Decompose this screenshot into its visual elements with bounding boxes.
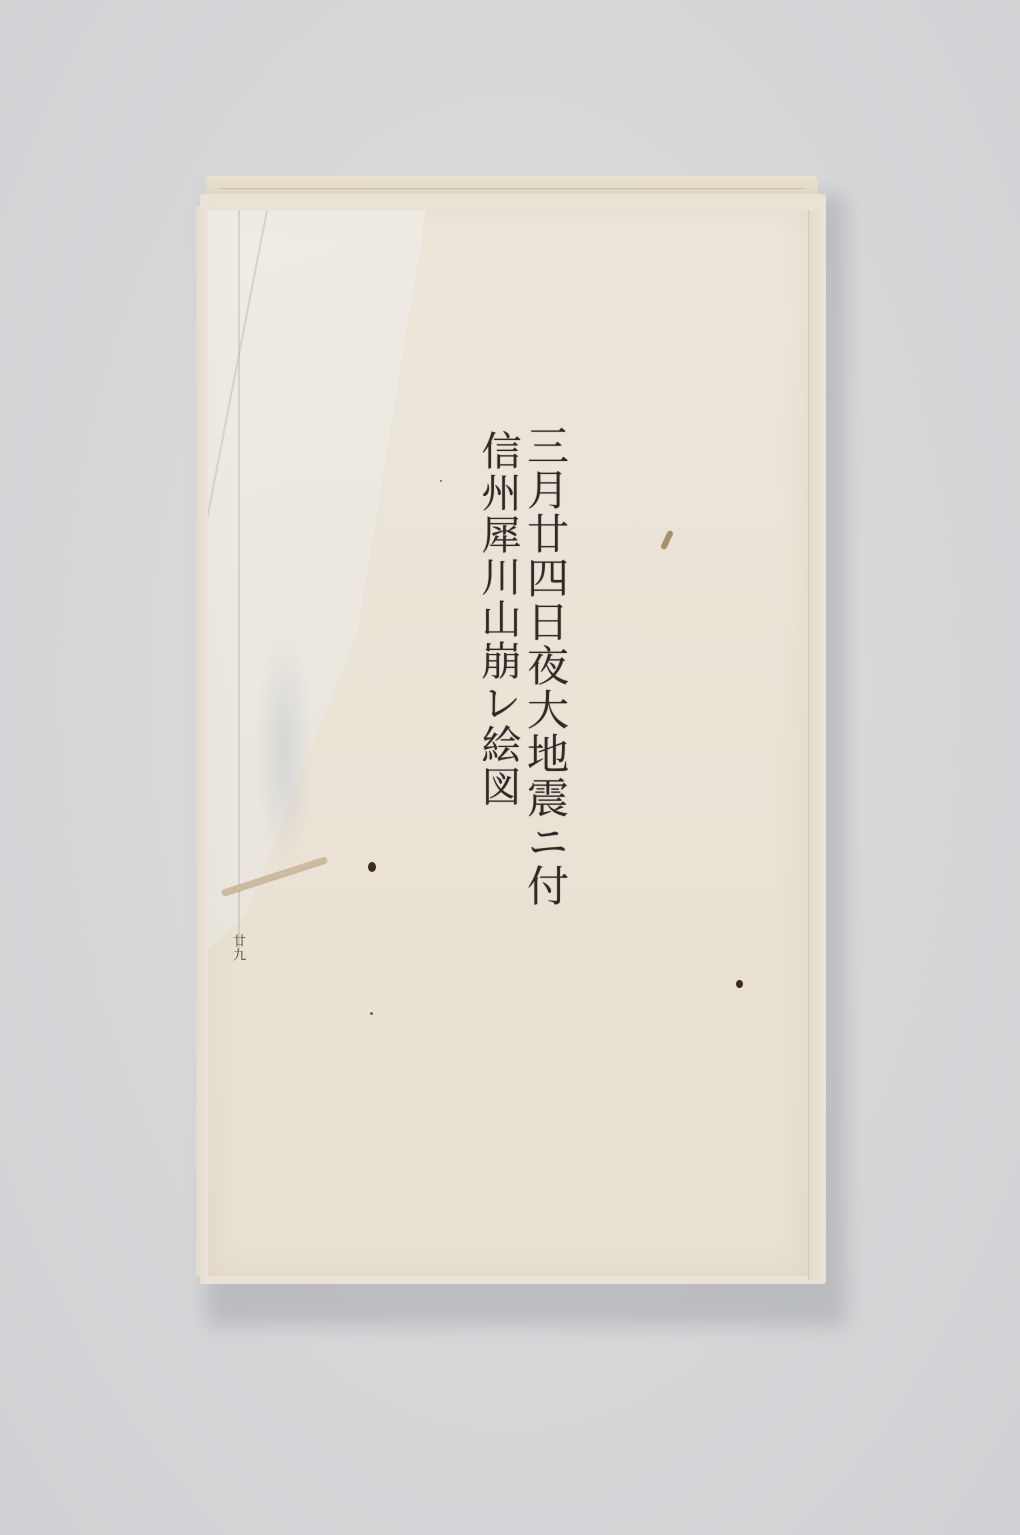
title-column-1: 三月廿四日夜大地震ニ付 <box>524 424 566 908</box>
paper-speck <box>440 480 442 482</box>
cover-page: 廿九 三月廿四日夜大地震ニ付 信州犀川山崩レ絵図 <box>208 210 808 1276</box>
ink-speck <box>660 530 674 551</box>
side-tag-label: 廿九 <box>228 934 247 962</box>
right-page-edges <box>808 210 825 1280</box>
page-edge-line <box>220 188 804 189</box>
handwritten-title: 三月廿四日夜大地震ニ付 信州犀川山崩レ絵図 <box>478 424 566 908</box>
worm-hole <box>736 980 743 988</box>
folded-document: 廿九 三月廿四日夜大地震ニ付 信州犀川山崩レ絵図 <box>196 176 828 1292</box>
fold-crease <box>238 210 240 950</box>
paper-stain <box>254 630 314 870</box>
worm-hole <box>368 862 376 872</box>
title-column-2: 信州犀川山崩レ絵図 <box>478 430 518 908</box>
paper-speck <box>370 1012 373 1015</box>
